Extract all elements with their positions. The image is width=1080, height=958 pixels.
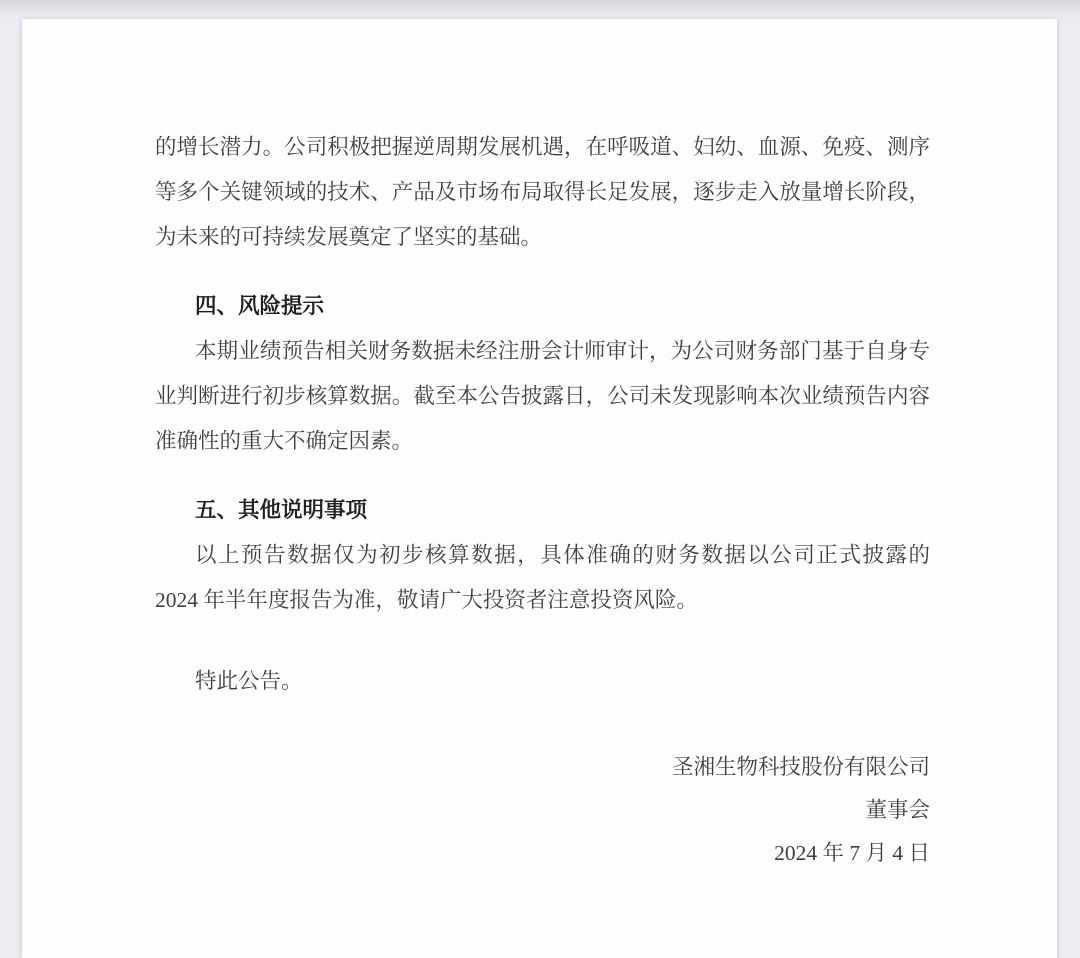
closing-statement: 特此公告。 <box>155 659 930 704</box>
document-page: 的增长潜力。公司积极把握逆周期发展机遇，在呼吸道、妇幼、血源、免疫、测序等多个关… <box>22 19 1057 958</box>
signature-company-name: 圣湘生物科技股份有限公司 <box>155 746 930 789</box>
section-heading-other-notes: 五、其他说明事项 <box>155 488 930 533</box>
signature-board: 董事会 <box>155 789 930 832</box>
section-paragraph-risk-notice: 本期业绩预告相关财务数据未经注册会计师审计，为公司财务部门基于自身专业判断进行初… <box>155 329 930 464</box>
continuation-paragraph: 的增长潜力。公司积极把握逆周期发展机遇，在呼吸道、妇幼、血源、免疫、测序等多个关… <box>155 125 930 260</box>
document-body: 的增长潜力。公司积极把握逆周期发展机遇，在呼吸道、妇幼、血源、免疫、测序等多个关… <box>22 19 1057 875</box>
signature-date: 2024 年 7 月 4 日 <box>155 832 930 875</box>
signature-block: 圣湘生物科技股份有限公司 董事会 2024 年 7 月 4 日 <box>155 746 930 875</box>
section-heading-risk-notice: 四、风险提示 <box>155 284 930 329</box>
section-paragraph-other-notes: 以上预告数据仅为初步核算数据，具体准确的财务数据以公司正式披露的 2024 年半… <box>155 533 930 623</box>
top-shadow-band <box>0 0 1080 18</box>
